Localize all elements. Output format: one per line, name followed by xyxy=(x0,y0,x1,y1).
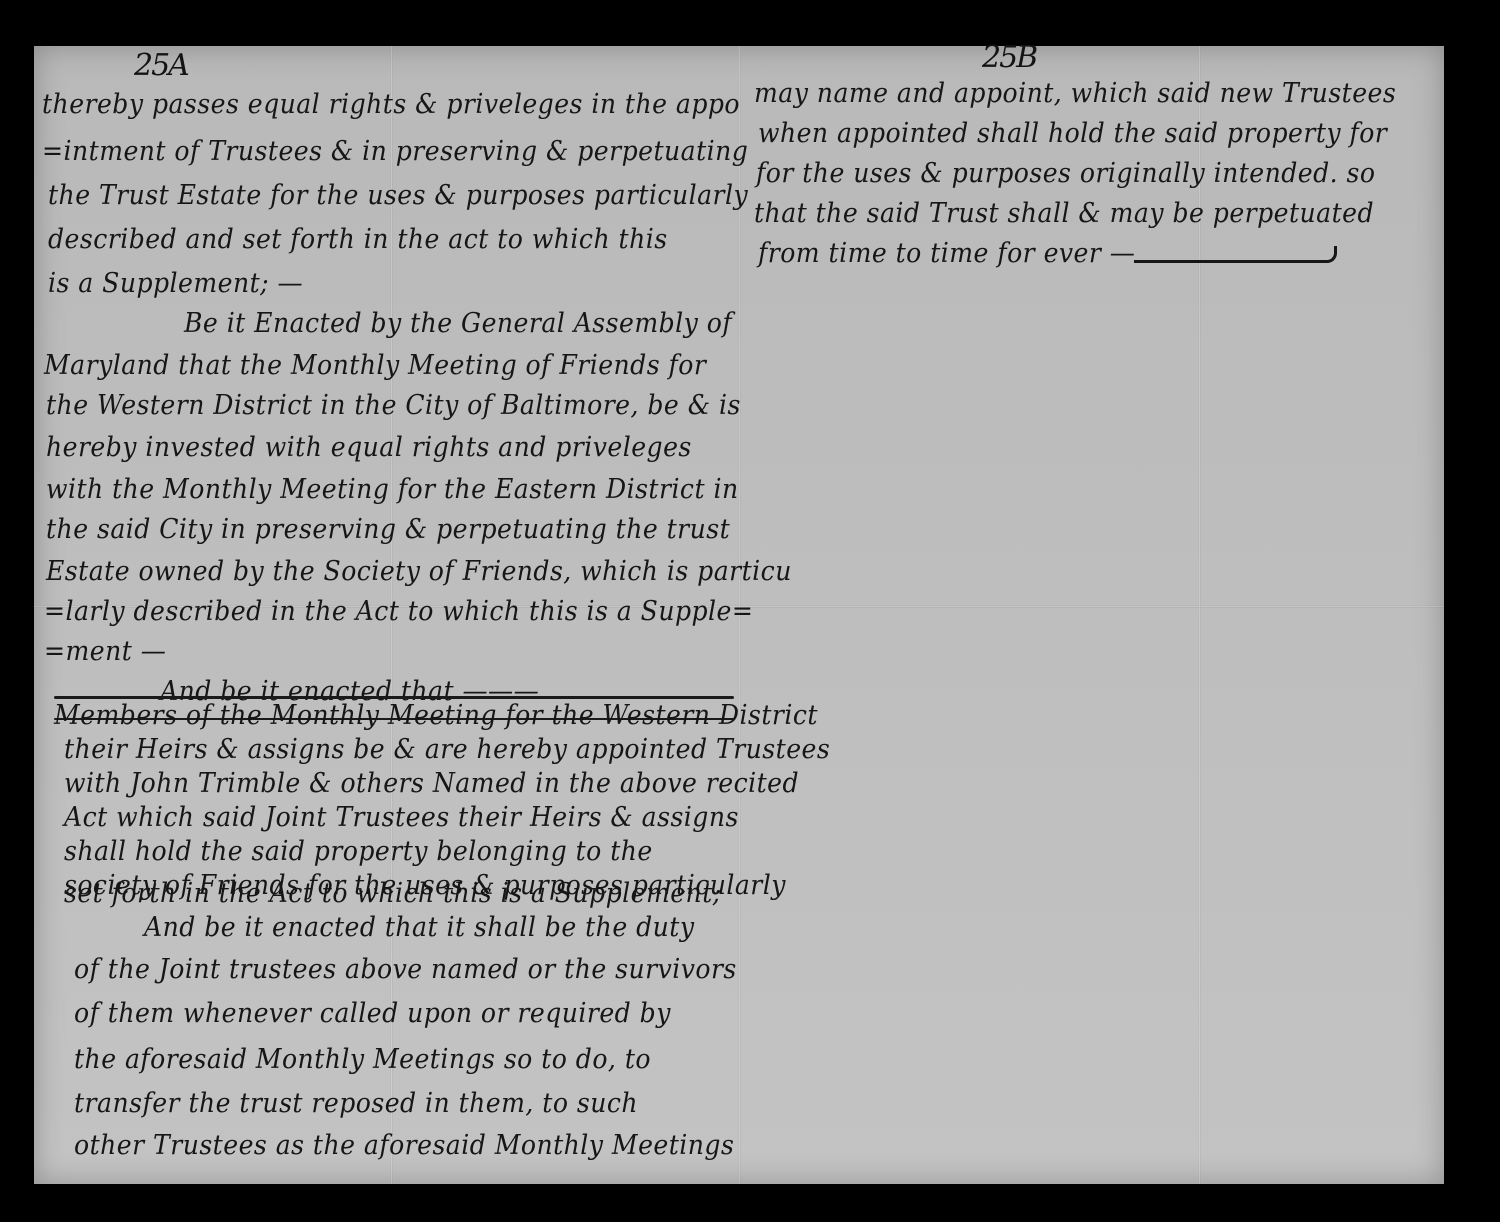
right-page-text: may name and appoint, which said new Tru… xyxy=(744,46,1444,1184)
scanned-document: 25A thereby passes equal rights & privel… xyxy=(0,0,1500,1222)
left-page-text-bottom xyxy=(34,46,738,1184)
text-line: may name and appoint, which said new Tru… xyxy=(754,80,1396,107)
text-line: for the uses & purposes originally inten… xyxy=(756,160,1375,187)
text-line: from time to time for ever — xyxy=(758,240,1135,267)
text-line: that the said Trust shall & may be perpe… xyxy=(754,200,1374,227)
paper-sheet: 25A thereby passes equal rights & privel… xyxy=(34,46,1444,1184)
text-line: when appointed shall hold the said prope… xyxy=(758,120,1387,147)
closing-flourish xyxy=(1134,246,1337,263)
